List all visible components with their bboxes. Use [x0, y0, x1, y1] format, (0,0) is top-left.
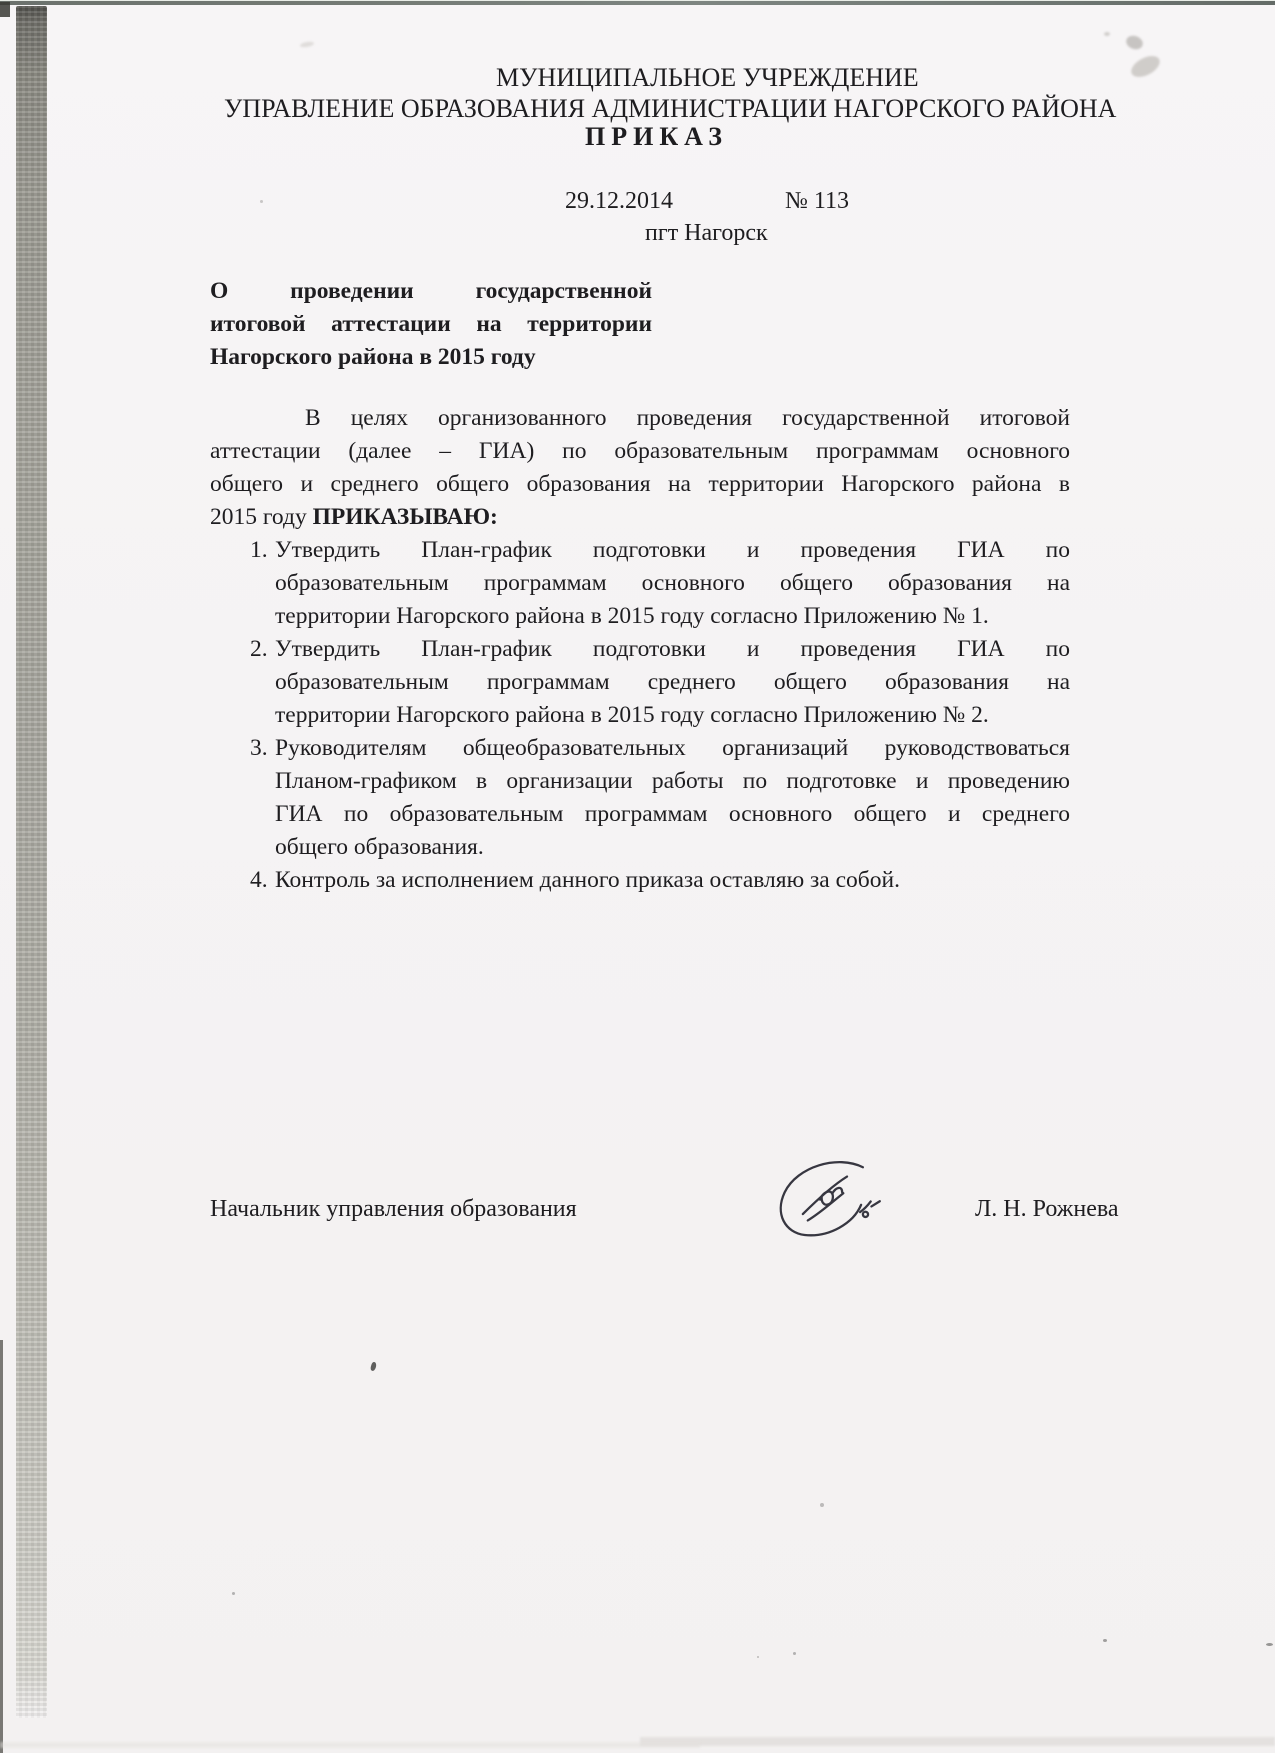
scan-bottom-band	[640, 1737, 1275, 1746]
item-number: 2.	[250, 633, 275, 732]
document-body: В целях организованного проведения госуд…	[210, 402, 1070, 897]
scan-speckle	[232, 1592, 235, 1595]
org-name-line1: МУНИЦИПАЛЬНОЕ УЧРЕЖДЕНИЕ	[496, 61, 919, 94]
scan-speckle	[370, 1361, 378, 1371]
document-place: пгт Нагорск	[645, 220, 768, 247]
item-line: ГИА по образовательным программам основн…	[275, 798, 1070, 831]
scan-speckle	[757, 1656, 759, 1658]
order-item-1: 1. Утвердить План-график подготовки и пр…	[210, 534, 1070, 633]
org-name-line2: УПРАВЛЕНИЕ ОБРАЗОВАНИЯ АДМИНИСТРАЦИИ НАГ…	[224, 92, 1116, 125]
order-item-3: 3. Руководителям общеобразовательных орг…	[210, 732, 1070, 864]
scan-bottom-band	[0, 1742, 700, 1748]
item-line: территории Нагорского района в 2015 году…	[275, 699, 1070, 732]
order-keyword: ПРИКАЗЫВАЮ:	[313, 504, 498, 530]
document-subject: О проведении государственной итоговой ат…	[210, 275, 652, 374]
item-line: территории Нагорского района в 2015 году…	[275, 600, 1070, 633]
item-line: Утвердить План-график подготовки и прове…	[275, 633, 1070, 666]
item-number: 1.	[250, 534, 275, 633]
scan-edge-top	[0, 1, 1275, 5]
signer-title: Начальник управления образования	[210, 1196, 577, 1223]
preamble-line: 2015 году ПРИКАЗЫВАЮ:	[210, 501, 1070, 534]
item-line: образовательным программам среднего обще…	[275, 666, 1070, 699]
scan-binding-stripe	[16, 6, 47, 1718]
scan-smudge	[1128, 52, 1163, 82]
scan-edge-left	[0, 1340, 3, 1753]
scan-speckle	[260, 200, 263, 203]
item-line: Планом-графиком в организации работы по …	[275, 765, 1070, 798]
item-line: Руководителям общеобразовательных органи…	[275, 732, 1070, 765]
scan-speckle	[793, 1652, 796, 1655]
scan-speckle	[820, 1503, 824, 1507]
scan-corner-mark	[0, 2, 10, 17]
item-number: 3.	[250, 732, 275, 864]
subject-line: О проведении государственной	[210, 275, 652, 308]
subject-line: Нагорского района в 2015 году	[210, 341, 652, 374]
item-line: общего образования.	[275, 831, 1070, 864]
preamble-last-prefix: 2015 году	[210, 504, 313, 530]
preamble-line: общего и среднего общего образования на …	[210, 468, 1070, 501]
scan-speckle	[1103, 1639, 1107, 1642]
scan-smudge	[300, 41, 315, 48]
order-item-4: 4. Контроль за исполнением данного прика…	[210, 864, 1070, 897]
order-item-2: 2. Утвердить План-график подготовки и пр…	[210, 633, 1070, 732]
scan-smudge	[1104, 32, 1110, 36]
preamble-line: аттестации (далее – ГИА) по образователь…	[210, 435, 1070, 468]
handwritten-signature-icon	[770, 1156, 892, 1242]
document-date: 29.12.2014	[565, 188, 673, 215]
item-line: Утвердить План-график подготовки и прове…	[275, 534, 1070, 567]
subject-line: итоговой аттестации на территории	[210, 308, 652, 341]
item-line: Контроль за исполнением данного приказа …	[275, 864, 1070, 897]
document-number: № 113	[785, 188, 849, 215]
scan-speckle	[1266, 1643, 1273, 1646]
signer-name: Л. Н. Рожнева	[975, 1196, 1119, 1223]
preamble-line: В целях организованного проведения госуд…	[210, 402, 1070, 435]
document-type-title: ПРИКАЗ	[585, 122, 728, 152]
item-line: образовательным программам основного общ…	[275, 567, 1070, 600]
item-number: 4.	[250, 864, 275, 897]
scanned-order-document: МУНИЦИПАЛЬНОЕ УЧРЕЖДЕНИЕ УПРАВЛЕНИЕ ОБРА…	[0, 0, 1275, 1753]
scan-smudge	[1124, 33, 1144, 51]
